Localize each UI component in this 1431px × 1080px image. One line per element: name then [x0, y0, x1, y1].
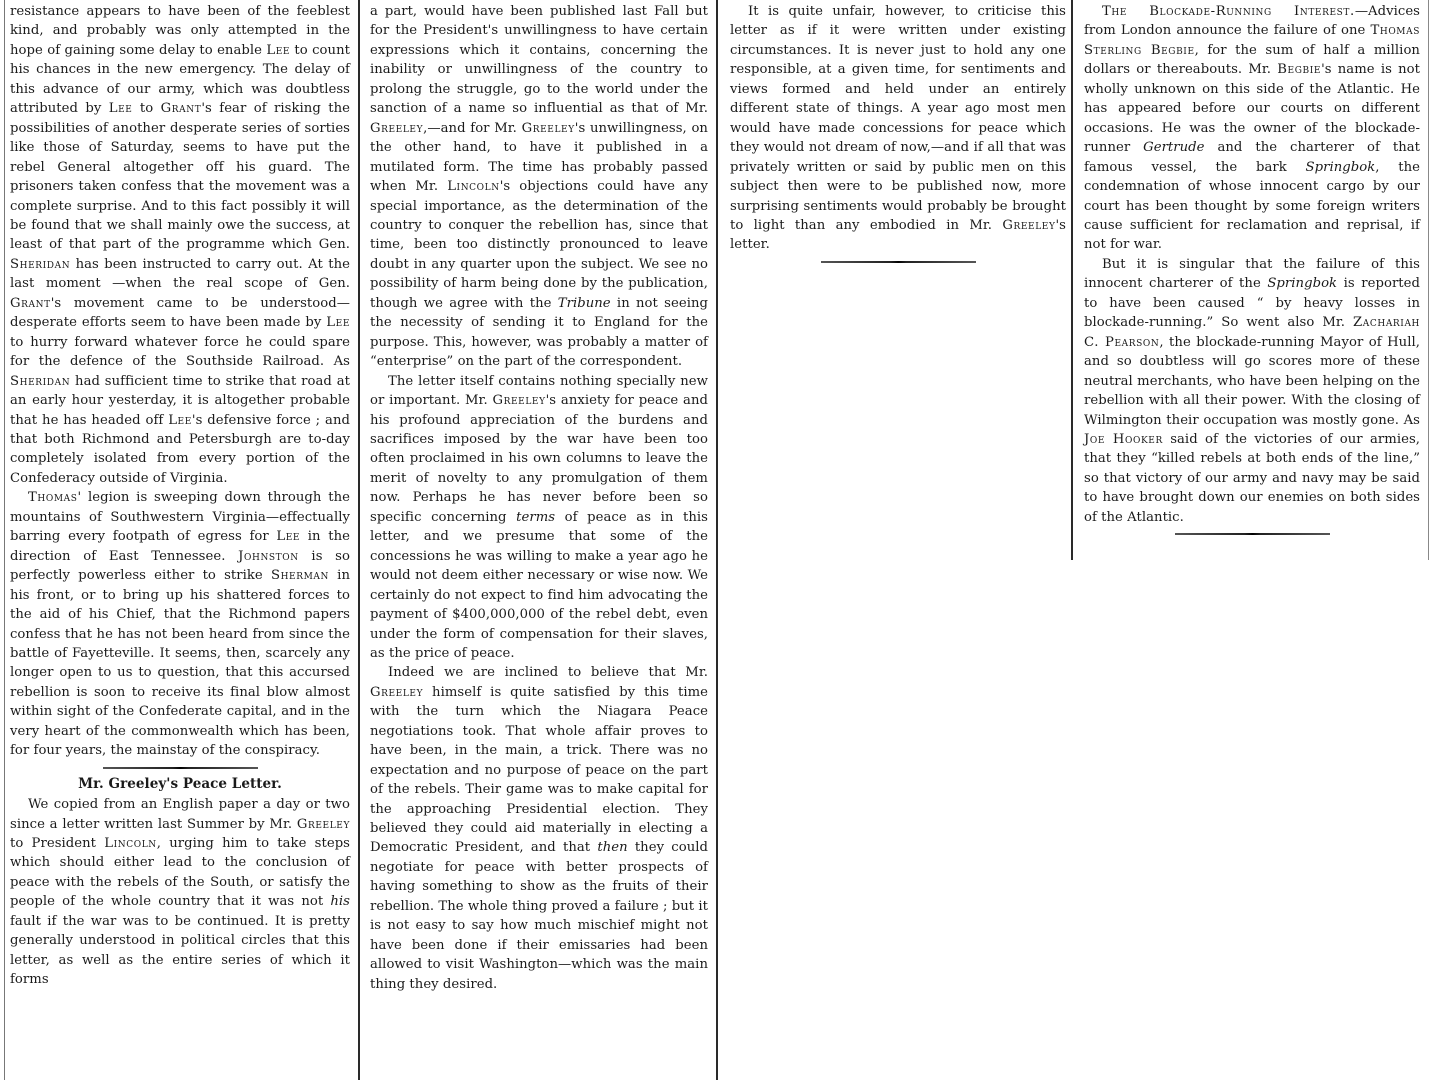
italic-text: Springbok	[1306, 160, 1376, 175]
name-smallcaps: Grant	[10, 296, 51, 311]
name-smallcaps: Greeley	[492, 393, 545, 408]
name-smallcaps: Sheridan	[10, 257, 70, 272]
section-separator	[103, 767, 258, 769]
name-smallcaps: Greeley	[370, 121, 423, 136]
italic-text: his	[330, 894, 350, 909]
article-paragraph: Indeed we are inclined to believe that M…	[370, 663, 708, 994]
italic-text: then	[597, 840, 627, 855]
article-paragraph: a part, would have been published last F…	[370, 2, 708, 372]
name-smallcaps: Lee	[266, 43, 290, 58]
article-paragraph: But it is singular that the failure of t…	[1084, 255, 1420, 527]
article-headline: Mr. Greeley's Peace Letter.	[10, 775, 350, 794]
text-run: they could negotiate for peace with bett…	[370, 840, 708, 991]
column-rule	[4, 0, 5, 1080]
name-smallcaps: Greeley	[297, 817, 350, 832]
article-paragraph: It is quite unfair, however, to criticis…	[730, 2, 1066, 255]
article-column-2: a part, would have been published last F…	[370, 2, 708, 994]
name-smallcaps: Lee	[276, 529, 300, 544]
name-smallcaps: Greeley	[522, 121, 575, 136]
column-rule	[358, 0, 360, 1080]
text-run: It is quite unfair, however, to criticis…	[730, 4, 1066, 233]
name-smallcaps: Greeley	[1002, 218, 1055, 233]
article-paragraph: resistance appears to have been of the f…	[10, 2, 350, 488]
article-paragraph: Thomas' legion is sweeping down through …	[10, 488, 350, 760]
text-run: a part, would have been published last F…	[370, 4, 708, 116]
text-run: fault if the war was to be continued. It…	[10, 914, 350, 987]
name-smallcaps: Sherman	[271, 568, 329, 583]
text-run: 's objections could have any special imp…	[370, 179, 708, 311]
article-paragraph: We copied from an English paper a day or…	[10, 795, 350, 990]
article-paragraph: The Blockade-Running Interest.—Advices f…	[1084, 2, 1420, 255]
text-run: himself is quite satisfied by this time …	[370, 685, 708, 856]
text-run: to President	[10, 836, 104, 851]
italic-text: terms	[516, 510, 555, 525]
article-headline: The Blockade-Running Interest.	[1102, 4, 1355, 19]
italic-text: Tribune	[558, 296, 611, 311]
column-rule	[716, 0, 718, 1080]
name-smallcaps: Lee	[168, 413, 192, 428]
name-smallcaps: Lincoln	[104, 836, 157, 851]
italic-text: Springbok	[1267, 276, 1337, 291]
name-smallcaps: Lee	[109, 101, 133, 116]
section-separator	[821, 261, 976, 263]
italic-text: Gertrude	[1143, 140, 1204, 155]
text-run: of peace as in this letter, and we presu…	[370, 510, 708, 661]
name-smallcaps: Johnston	[238, 549, 299, 564]
name-smallcaps: Thomas	[28, 490, 78, 505]
article-column-3: It is quite unfair, however, to criticis…	[730, 2, 1066, 267]
name-smallcaps: Lincoln	[447, 179, 500, 194]
name-smallcaps: Begbie	[1277, 62, 1321, 77]
column-rule	[1071, 0, 1073, 560]
column-rule	[1428, 0, 1429, 560]
text-run: to hurry forward whatever force he could…	[10, 335, 350, 369]
name-smallcaps: Sheridan	[10, 374, 70, 389]
text-run: 's anxiety for peace and his profound ap…	[370, 393, 708, 525]
text-run: in his front, or to bring up his shatter…	[10, 568, 350, 758]
text-run: Indeed we are inclined to believe that M…	[388, 665, 708, 680]
text-run: 's fear of risking the possibilities of …	[10, 101, 350, 252]
text-run: to	[132, 101, 160, 116]
name-smallcaps: Greeley	[370, 685, 423, 700]
text-run: 's movement came to be understood—desper…	[10, 296, 350, 330]
article-column-4: The Blockade-Running Interest.—Advices f…	[1084, 2, 1420, 539]
article-paragraph: The letter itself contains nothing speci…	[370, 372, 708, 664]
name-smallcaps: Grant	[161, 101, 202, 116]
name-smallcaps: Lee	[326, 315, 350, 330]
text-run: ,—and for Mr.	[423, 121, 521, 136]
article-column-1: resistance appears to have been of the f…	[10, 2, 350, 990]
section-separator	[1175, 533, 1330, 535]
name-smallcaps: Joe Hooker	[1084, 432, 1163, 447]
